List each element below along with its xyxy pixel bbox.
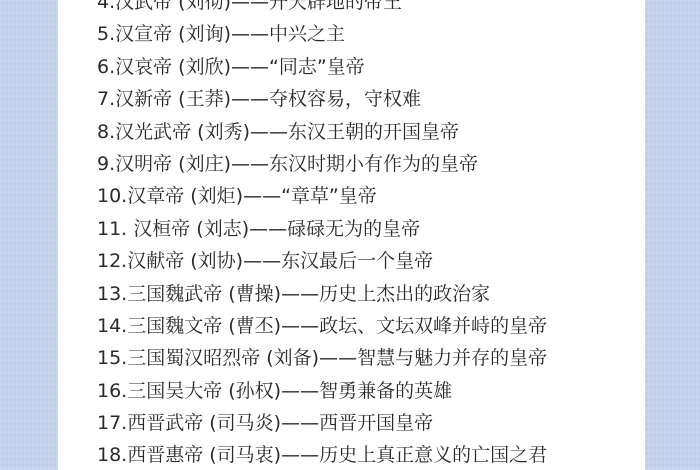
list-item: 4.汉武帝 (刘彻)——开天辟地的帝王 <box>97 0 547 18</box>
list-item: 17.西晋武帝 (司马炎)——西晋开国皇帝 <box>97 407 547 439</box>
list-item: 6.汉哀帝 (刘欣)——“同志”皇帝 <box>97 51 547 83</box>
list-item: 13.三国魏武帝 (曹操)——历史上杰出的政治家 <box>97 278 547 310</box>
list-item: 9.汉明帝 (刘庄)——东汉时期小有作为的皇帝 <box>97 148 547 180</box>
list-item: 18.西晋惠帝 (司马衷)——历史上真正意义的亡国之君 <box>97 439 547 470</box>
list-item: 11. 汉桓帝 (刘志)——碌碌无为的皇帝 <box>97 213 547 245</box>
list-item: 16.三国吴大帝 (孙权)——智勇兼备的英雄 <box>97 375 547 407</box>
list-item: 8.汉光武帝 (刘秀)——东汉王朝的开国皇帝 <box>97 116 547 148</box>
list-item: 14.三国魏文帝 (曹丕)——政坛、文坛双峰并峙的皇帝 <box>97 310 547 342</box>
list-item: 15.三国蜀汉昭烈帝 (刘备)——智慧与魅力并存的皇帝 <box>97 342 547 374</box>
emperor-list: 4.汉武帝 (刘彻)——开天辟地的帝王 5.汉宣帝 (刘询)——中兴之主 6.汉… <box>97 0 547 470</box>
list-item: 12.汉献帝 (刘协)——东汉最后一个皇帝 <box>97 245 547 277</box>
list-item: 7.汉新帝 (王莽)——夺权容易，守权难 <box>97 83 547 115</box>
list-item: 5.汉宣帝 (刘询)——中兴之主 <box>97 18 547 50</box>
list-item: 10.汉章帝 (刘炬)——“章草”皇帝 <box>97 180 547 212</box>
